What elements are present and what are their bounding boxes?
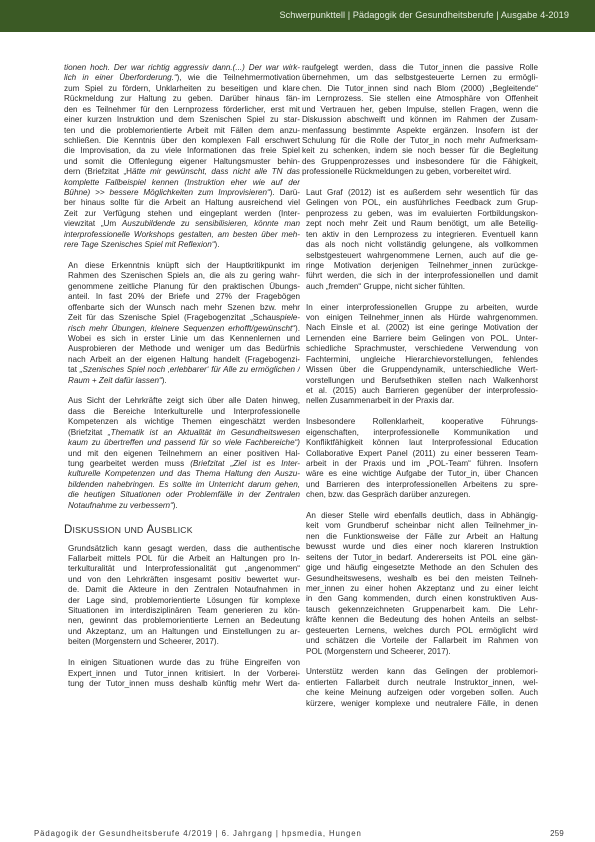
text-line: kaum zu übertreffen und passend für so v…: [64, 438, 300, 448]
text-line: Diskussion abschweift und können im Rahm…: [302, 115, 538, 125]
text-line: Rückmeldung zur Haltung zu geben. Darübe…: [64, 94, 300, 104]
text-line: An dieser Stelle wird ebenfalls deutlich…: [302, 511, 538, 521]
text-line: bewusst wurde und dies einer noch klarer…: [302, 542, 538, 552]
text-line: ten und die problemorientierte Arbeit mi…: [64, 126, 300, 136]
footer-journal: Pädagogik der Gesundheitsberufe 4/2019: [34, 829, 213, 838]
text-line: vorstellungen und Berufsethiken stellen …: [302, 376, 538, 386]
paragraph: In einer interprofessionellen Gruppe zu …: [302, 303, 538, 407]
paragraph: tionen hoch. Der war richtig aggressiv d…: [64, 63, 300, 251]
page-number: 259: [550, 829, 564, 838]
paragraph: raufgelegt werden, dass die Tutor_innen …: [302, 63, 538, 178]
text-line: Gelingen von POL, ein ausführliches Feed…: [302, 198, 538, 208]
text-line: gesteuerten Lernens, welches durch POL e…: [302, 626, 538, 636]
text-line: Insbesondere Rollenklarheit, kooperative…: [302, 417, 538, 427]
text-line: Schulung für die Rolle der Tutor_in noch…: [302, 136, 538, 146]
text-line: einer kurzen Instruktion und dem Szenisc…: [64, 115, 300, 125]
text-line: In einer interprofessionellen Gruppe zu …: [302, 303, 538, 313]
text-line: die heutigen Situationen oder Problemfäl…: [64, 490, 300, 500]
text-line: de. Damit die Akteure in den Zentralen N…: [64, 585, 300, 595]
text-line: kräfte kennen die Bedeutung des hohen An…: [302, 615, 538, 625]
heading-smallcaps: UND: [124, 525, 143, 535]
text-line: dern (Briefzitat „Hätte mir gewünscht, d…: [64, 167, 300, 177]
text-line: seitens der Tutor_in bedarf. Andererseit…: [302, 553, 538, 563]
text-line: risch mehr Übungen, kleinere Sequenzen e…: [64, 324, 300, 334]
text-line: Expert_innen und Tutor_innen kritisiert.…: [64, 669, 300, 679]
running-header-bar: Schwerpunkttell | Pädagogik der Gesundhe…: [0, 0, 595, 32]
text-line: kürzere, weniger komplexe und neutralere…: [302, 699, 538, 709]
text-line: raufgelegt werden, dass die Tutor_innen …: [302, 63, 538, 73]
text-line: auch „fremden“ Gruppe, nicht sicher fühl…: [302, 282, 538, 292]
text-line: Lernenden eine Barriere beim Gelingen vo…: [302, 334, 538, 344]
text-line: Notaufnahme zu verbessern“).: [64, 501, 300, 511]
text-line: Nach Einsle et al. (2002) ist eine gerin…: [302, 323, 538, 333]
text-line: nen, gewinnt das problemorientierte Lern…: [64, 616, 300, 626]
heading-smallcaps: ISKUSSION: [73, 525, 122, 535]
text-line: die Improvisation, da zu viele Informati…: [64, 146, 300, 156]
paragraph: An dieser Stelle wird ebenfalls deutlich…: [302, 511, 538, 657]
text-line: entierten Fallarbeit durch neutrale Inst…: [302, 678, 538, 688]
text-line: und Akzeptanz, um an Haltungen und Einst…: [64, 627, 300, 637]
text-line: penprozess zu geben, was im evaluierten …: [302, 209, 538, 219]
text-line: Wobei es sich in erster Linie um das Ken…: [64, 334, 300, 344]
paragraph: An diese Erkenntnis knüpft sich der Haup…: [64, 261, 300, 386]
text-line: zept noch mehr Zeit und Raum benötigt, u…: [302, 219, 538, 229]
text-line: lich in einer Überforderung.“), wie die …: [64, 73, 300, 83]
text-line: übernehmen, um das selbstgesteuerte Lern…: [302, 73, 538, 83]
text-line: et al. (2015) auch Barrieren gegenüber d…: [302, 386, 538, 396]
text-line: der Lage sind, problemorientierte Lösung…: [64, 596, 300, 606]
section-heading-diskussion-und-ausblick: DISKUSSION UND AUSBLICK: [64, 525, 300, 535]
text-line: das als noch nicht vollständig gelungene…: [302, 240, 538, 250]
text-line: viewzitat „Um Auszubildende zu sensibili…: [64, 219, 300, 229]
text-line: ringe Motivation derjenigen Teilnehmer_i…: [302, 261, 538, 271]
text-line: rere Tage Szenisches Spiel mit Reflexion…: [64, 240, 300, 250]
paragraph: Laut Graf (2012) ist es außerdem sehr we…: [302, 188, 538, 292]
text-line: und Barrieren des interprofessionellen A…: [302, 480, 538, 490]
text-line: Ausprobieren der Methode und weniger um …: [64, 344, 300, 354]
text-line: zum Spiel zu fördern, Unklarheiten zu be…: [64, 84, 300, 94]
paragraph: Aus Sicht der Lehrkräfte zeigt sich über…: [64, 396, 300, 511]
text-line: keit zu schenken, indem sie noch besser …: [302, 146, 538, 156]
text-line: Grundsätzlich kann gesagt werden, dass d…: [64, 544, 300, 554]
text-line: nach Arbeit an der eigenen Haltung hande…: [64, 355, 300, 365]
text-line: Konfliktfähigkeit können laut Interprofe…: [302, 438, 538, 448]
text-line: in den Gang kommenden, durch einen konst…: [302, 594, 538, 604]
text-line: Situationen im interdisziplinären Team g…: [64, 606, 300, 616]
text-line: kulturelle Kompetenzen und das Thema Hal…: [64, 469, 300, 479]
text-line: anteil. In fast 20% der Briefe und 27% d…: [64, 292, 300, 302]
text-line: keit vom Grundberuf scheinbar nicht alle…: [302, 521, 538, 531]
text-line: interprofessionelle Workshops gestalten,…: [64, 230, 300, 240]
text-line: Zeit für das Szenische Spiel (Fragebogen…: [64, 313, 300, 323]
text-line: chen, bzw. das Gespräch darüber anzurege…: [302, 490, 538, 500]
text-line: komplette Fallbeispiel kennen (Instrukti…: [64, 178, 300, 188]
text-line: gige und häufig eingesetzte Methode an d…: [302, 563, 538, 573]
text-line: Gesundheitswesens, weshalb es bei den me…: [302, 574, 538, 584]
text-line: den es Teilnehmer für den Lernprozess fö…: [64, 105, 300, 115]
text-line: ber hinaus sollte für die Arbeit an Halt…: [64, 198, 300, 208]
text-line: im Lernprozess. Sie stellen eine Atmosph…: [302, 94, 538, 104]
text-line: (Briefzitat „Thematik ist an Aktualität …: [64, 428, 300, 438]
footer-separator: |: [276, 829, 279, 838]
text-line: POL (Morgenstern und Scheerer, 2017).: [302, 647, 538, 657]
text-line: tausch gekennzeichneten Gruppenarbeit ka…: [302, 605, 538, 615]
text-line: genommene zeitliche Planung für den prak…: [64, 282, 300, 292]
footer-publisher: hpsmedia, Hungen: [282, 829, 362, 838]
text-line: professionelle Rückmeldungen zu geben, v…: [302, 167, 538, 177]
text-line: und somit die Offenlegung eigener Haltun…: [64, 157, 300, 167]
text-line: und von den Lehrkräften insgesamt positi…: [64, 575, 300, 585]
text-line: ten aktiv in den Lernprozess zu integrie…: [302, 230, 538, 240]
text-line: tat „Szenisches Spiel noch ‚erlebbarer‘ …: [64, 365, 300, 375]
text-line: tionen hoch. Der war richtig aggressiv d…: [64, 63, 300, 73]
text-line: Kompetenzen als wichtige Themen eingesch…: [64, 417, 300, 427]
text-line: Unterstütz werden kann das Gelingen der …: [302, 667, 538, 677]
text-line: tung gearbeitet werden muss (Briefzitat …: [64, 459, 300, 469]
text-line: Wissen über die Gruppendynamik, untersch…: [302, 365, 538, 375]
text-line: wäre es eine wichtige Aufgabe der Tutor_…: [302, 469, 538, 479]
text-line: Collaborative Expert Panel (2011) zu ein…: [302, 449, 538, 459]
text-line: menfassung bestimmte Aspekte ergänzen. I…: [302, 126, 538, 136]
text-line: mer_innen zu einer hohen Akzeptanz und z…: [302, 584, 538, 594]
text-line: von einigen Teilnehmer_innen als Hürde w…: [302, 313, 538, 323]
text-line: eigenschaften, interprofessionelle Kommu…: [302, 428, 538, 438]
text-line: che keine Meinung aufzeigen oder vorgebe…: [302, 688, 538, 698]
text-line: arbeit in der Praxis und im „POL-Team“ f…: [302, 459, 538, 469]
text-line: Zeit zur Verfügung stehen und eingeplant…: [64, 209, 300, 219]
running-header-title: Schwerpunkttell | Pädagogik der Gesundhe…: [279, 10, 569, 20]
text-line: An diese Erkenntnis knüpft sich der Haup…: [64, 261, 300, 271]
heading-initial: D: [64, 524, 73, 536]
text-line: Bühne) >> bessere Möglichkeiten zum Impr…: [64, 188, 300, 198]
text-line: In einigen Situationen wurde das zu früh…: [64, 658, 300, 668]
text-line: beiten (Morgenstern und Scheerer, 2017).: [64, 637, 300, 647]
paragraph: Insbesondere Rollenklarheit, kooperative…: [302, 417, 538, 500]
text-line: Laut Graf (2012) ist es außerdem sehr we…: [302, 188, 538, 198]
right-column: raufgelegt werden, dass die Tutor_innen …: [302, 63, 538, 719]
text-line: des Gruppenprozesses und insbesondere fü…: [302, 157, 538, 167]
footer-citation: Pädagogik der Gesundheitsberufe 4/2019 |…: [34, 829, 362, 838]
text-line: dass die Bereiche Interkulturelle und In…: [64, 407, 300, 417]
text-line: und Vertrauen her, geben Impulse, stelle…: [302, 105, 538, 115]
text-line: Raum + Zeit dafür lassen“).: [64, 376, 300, 386]
text-line: und schätzen die Vorteile der Fallarbeit…: [302, 636, 538, 646]
paragraph: Grundsätzlich kann gesagt werden, dass d…: [64, 544, 300, 648]
text-line: nen die Funktionsweise der Fälle zur Arb…: [302, 532, 538, 542]
text-line: Fachtermini, ungleiche Hierarchievorstel…: [302, 355, 538, 365]
text-line: chen. Die Tutor_innen sind nach Blom (20…: [302, 84, 538, 94]
footer-volume: 6. Jahrgang: [222, 829, 273, 838]
text-line: und mit den eigenen Teilnehmern an einer…: [64, 449, 300, 459]
text-line: schließen. Die Kenntnis über den komplex…: [64, 136, 300, 146]
footer-separator: |: [216, 829, 219, 838]
text-line: Aus Sicht der Lehrkräfte zeigt sich über…: [64, 396, 300, 406]
text-line: nellen Zusammenarbeit in der Praxis dar.: [302, 396, 538, 406]
text-line: tung der Tutor_innen muss deshalb künfti…: [64, 679, 300, 689]
text-line: Fallarbeit mittels POL für die Arbeit an…: [64, 554, 300, 564]
text-line: offenbarte sich der Wunsch nach mehr Sze…: [64, 303, 300, 313]
left-column: tionen hoch. Der war richtig aggressiv d…: [64, 63, 300, 700]
text-line: bildenden nahebringen. Es sollte im Unte…: [64, 480, 300, 490]
text-line: selbstgesteuert wahrgenommene Lernen, au…: [302, 251, 538, 261]
paragraph: In einigen Situationen wurde das zu früh…: [64, 658, 300, 689]
text-line: schiedliche Sprachmuster, verschiedene V…: [302, 344, 538, 354]
text-line: terkulturalität und Interprofessionalitä…: [64, 564, 300, 574]
text-line: Rahmen des Szenischen Spiels an, die als…: [64, 271, 300, 281]
heading-smallcaps: USBLICK: [154, 525, 192, 535]
paragraph: Unterstütz werden kann das Gelingen der …: [302, 667, 538, 709]
text-line: führt werden, die sich in der interprofe…: [302, 271, 538, 281]
